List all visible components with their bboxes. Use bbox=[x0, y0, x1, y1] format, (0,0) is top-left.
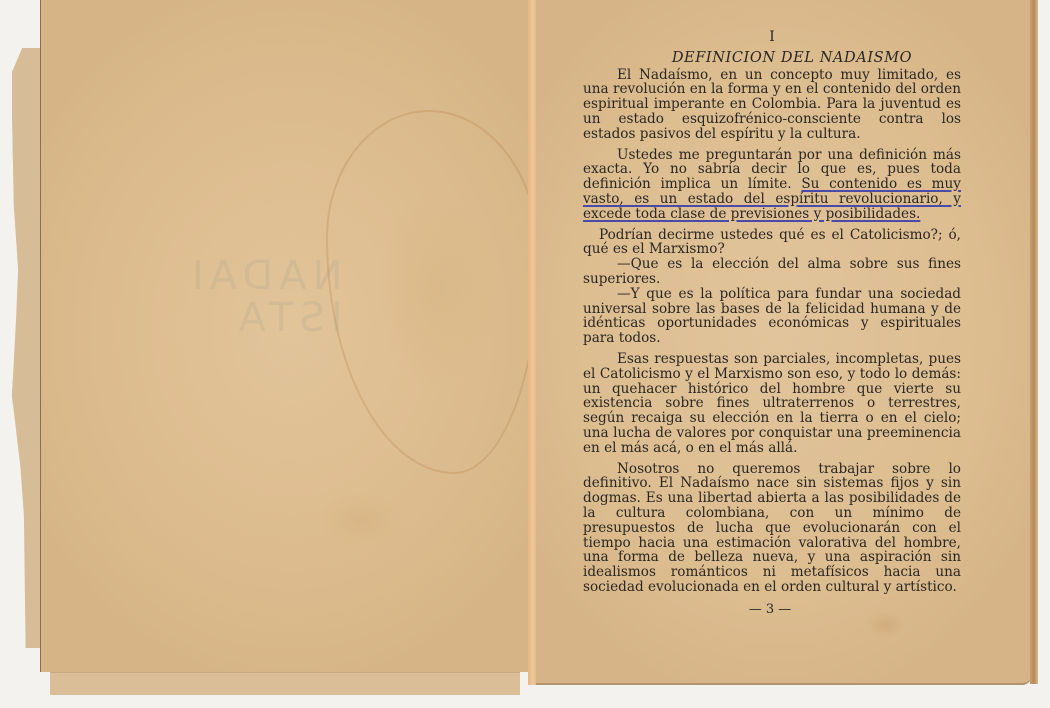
paragraph-2: Ustedes me preguntarán por una definició… bbox=[583, 148, 961, 222]
left-page-bottom-edge bbox=[50, 672, 520, 695]
page-number: — 3 — bbox=[740, 602, 800, 617]
paragraph-7: Nosotros no queremos trabajar sobre lo d… bbox=[583, 462, 961, 595]
paragraph-5: —Y que es la política para fundar una so… bbox=[583, 287, 961, 346]
chapter-title: DEFINICION DEL NADAISMO bbox=[583, 51, 961, 66]
left-page-blank: NADAIISTA bbox=[40, 0, 533, 672]
open-booklet: NADAIISTA I DEFINICION DEL NADAISMO El N… bbox=[0, 0, 1050, 708]
page-text: I DEFINICION DEL NADAISMO El Nadaísmo, e… bbox=[583, 30, 961, 595]
paragraph-4: —Que es la elección del alma sobre sus f… bbox=[583, 257, 961, 287]
show-through-text: NADAIISTA bbox=[186, 255, 343, 339]
water-stain bbox=[326, 110, 540, 474]
paragraph-6: Esas respuestas son parciales, incomplet… bbox=[583, 352, 961, 456]
paragraph-3: Podrían decirme ustedes qué es el Catoli… bbox=[583, 228, 961, 258]
paragraph-1: El Nadaísmo, en un concepto muy limitado… bbox=[583, 68, 961, 142]
right-page-edge bbox=[1030, 0, 1038, 684]
chapter-number: I bbox=[583, 30, 961, 45]
